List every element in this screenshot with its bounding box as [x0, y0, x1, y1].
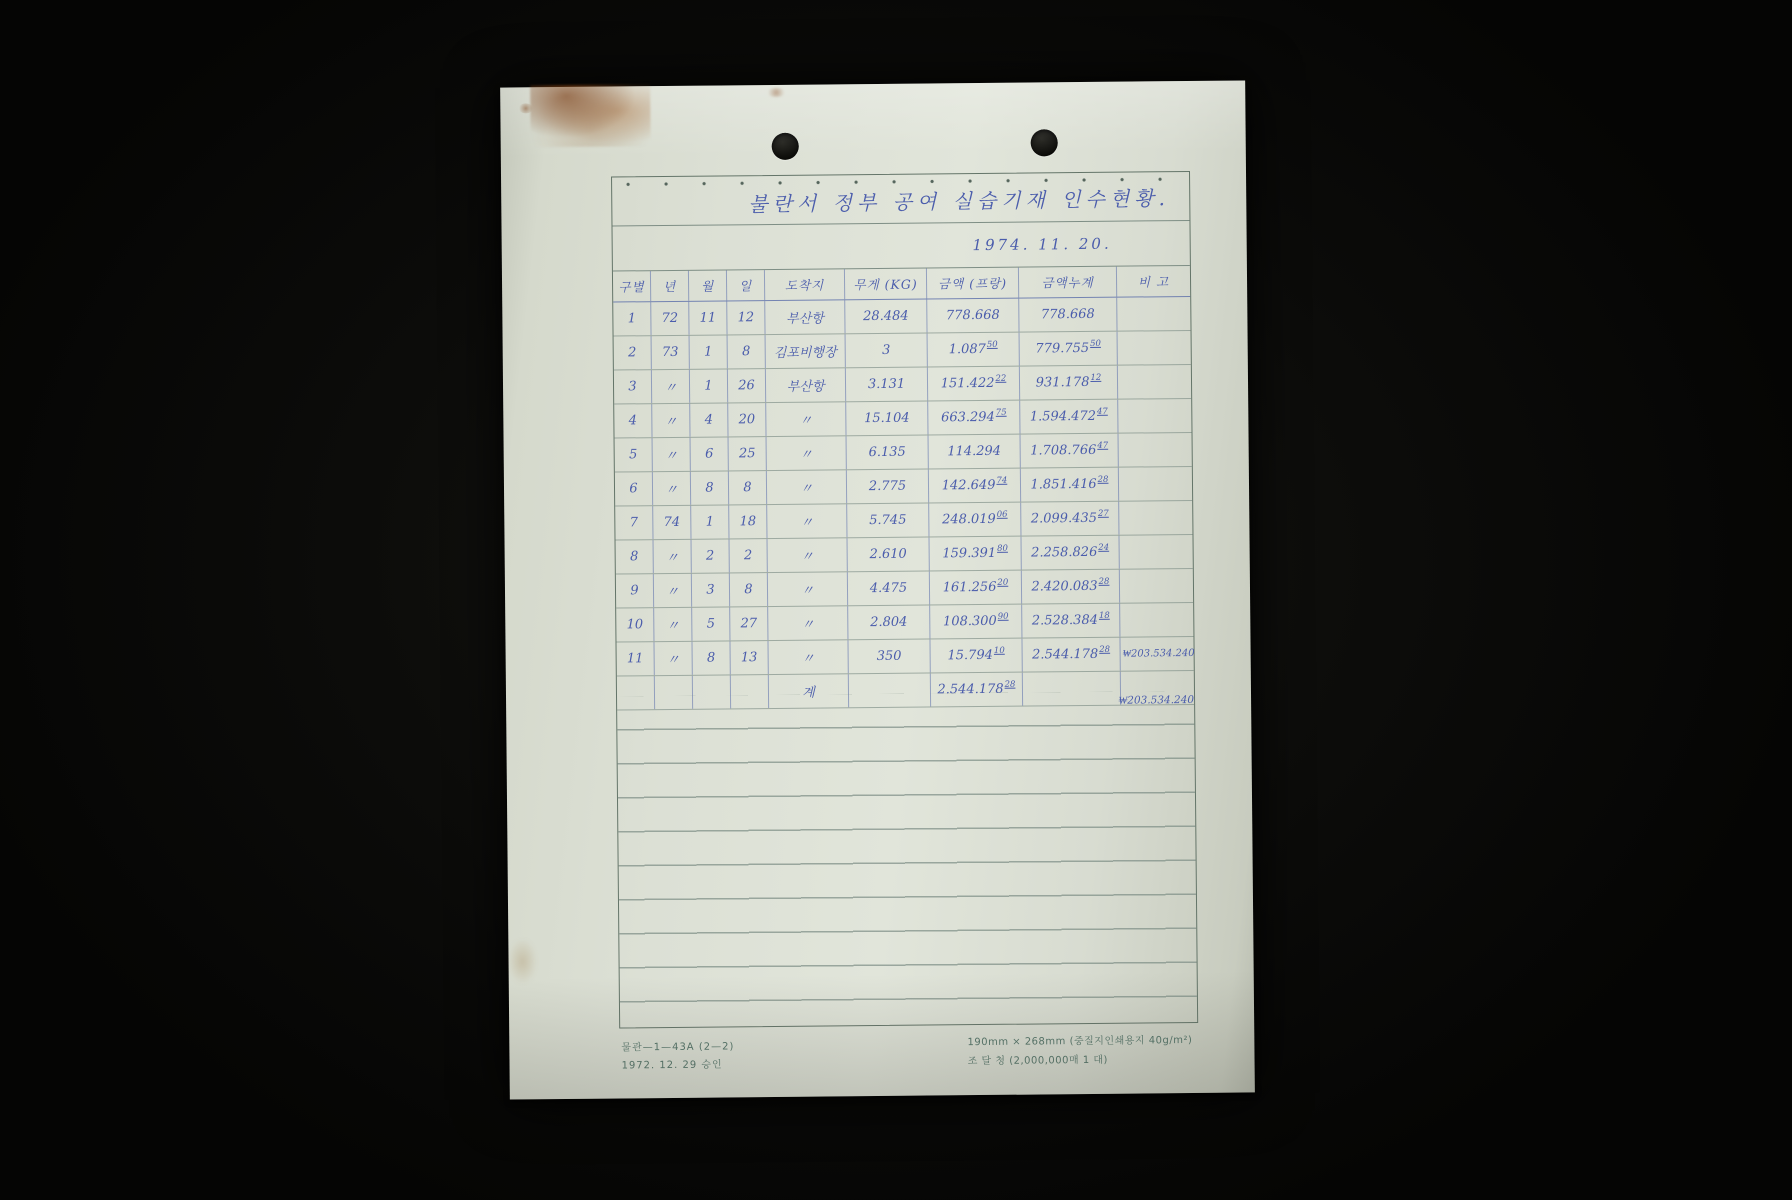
table-cell: 〃	[767, 470, 847, 504]
table-cell: 부산항	[765, 300, 845, 334]
table-cell: 1.851.41628	[1021, 468, 1119, 502]
header-cell: 일	[727, 270, 765, 300]
table-cell: 74	[653, 506, 691, 539]
table-cell: 8	[730, 573, 768, 606]
table-cell: 〃	[767, 504, 847, 538]
table-cell: 2.528.38418	[1022, 604, 1120, 638]
remark-cell	[1119, 535, 1192, 569]
table-cell: 12	[727, 301, 765, 334]
table-cell: 8	[616, 540, 654, 573]
title-band: 불란서 정부 공여 실습기재 인수현황.	[612, 172, 1189, 227]
table-row: 5〃625〃6.135114.2941.708.76647	[615, 433, 1192, 473]
table-cell: 〃	[652, 370, 690, 403]
document-paper: 불란서 정부 공여 실습기재 인수현황. 1974. 11. 20. 구별년월일…	[500, 80, 1255, 1099]
remark-cell	[1120, 603, 1193, 637]
procurement-info: 조 달 청 (2,000,000매 1 대)	[968, 1050, 1193, 1071]
table-cell: 8	[691, 471, 729, 504]
table-cell: 2.804	[848, 605, 930, 639]
table-cell: 〃	[652, 404, 690, 437]
table-cell: 72	[651, 302, 689, 335]
table-cell: 1	[613, 302, 651, 335]
document-date: 1974. 11. 20.	[972, 235, 1111, 254]
table-cell: 1	[690, 335, 728, 368]
table-cell: 15.79410	[930, 639, 1022, 673]
table-cell: 〃	[766, 402, 846, 436]
rust-stain-large	[530, 84, 651, 147]
table-cell: 3	[614, 370, 652, 403]
table-cell: 부산항	[766, 368, 846, 402]
table-cell: 1.08750	[928, 333, 1020, 367]
form-number: 물관—1—43A (2—2)	[621, 1038, 734, 1057]
rust-stain-small	[518, 103, 533, 113]
table-cell: 11	[689, 301, 727, 334]
header-cell: 구별	[613, 271, 651, 301]
approval-date: 1972. 12. 29 승인	[621, 1056, 734, 1075]
table-cell: 27	[730, 607, 768, 640]
table-cell: 〃	[654, 540, 692, 573]
table-cell: 2.420.08328	[1022, 570, 1120, 604]
header-cell: 년	[651, 271, 689, 301]
photo-background: 불란서 정부 공여 실습기재 인수현황. 1974. 11. 20. 구별년월일…	[0, 0, 1792, 1200]
bottom-left-stain	[508, 939, 536, 983]
table-cell: 8	[692, 641, 730, 674]
table-cell: 7	[615, 506, 653, 539]
table-cell: 〃	[768, 640, 848, 674]
table-cell: 1	[690, 369, 728, 402]
header-cell: 금액 (프랑)	[927, 268, 1019, 299]
paper-spec: 190mm × 268mm (중질지인쇄용지 40g/m²)	[967, 1031, 1192, 1052]
table-cell: 1.594.47247	[1020, 400, 1118, 434]
table-cell: 〃	[768, 606, 848, 640]
table-cell: 20	[728, 403, 766, 436]
table-cell: 151.42222	[928, 367, 1020, 401]
table-row: 11〃813〃35015.794102.544.17828₩203.534.24…	[616, 637, 1193, 677]
form-border: 불란서 정부 공여 실습기재 인수현황. 1974. 11. 20. 구별년월일…	[611, 171, 1198, 1029]
grand-total-won-note: ₩203.534.240	[1118, 694, 1194, 707]
table-cell: 350	[848, 639, 930, 673]
table-cell: 김포비행장	[766, 334, 846, 368]
header-cell: 비 고	[1117, 266, 1190, 297]
table-cell: 28.484	[845, 300, 927, 334]
top-center-stain	[766, 88, 786, 97]
table-cell: 4.475	[848, 571, 930, 605]
table-row: 774118〃5.745248.019062.099.43527	[615, 501, 1192, 541]
table-cell: 2	[614, 336, 652, 369]
table-row: 8〃22〃2.610159.391802.258.82624	[616, 535, 1193, 575]
header-cell: 도착지	[765, 269, 845, 300]
table-cell: 248.01906	[929, 503, 1021, 537]
table-cell: 931.17812	[1020, 366, 1118, 400]
table-cell: 778.668	[927, 299, 1019, 333]
table-cell: 2	[730, 539, 768, 572]
table-cell: 779.75550	[1020, 332, 1118, 366]
header-cell: 금액누계	[1019, 267, 1117, 298]
header-cell: 월	[689, 270, 727, 300]
table-cell: 13	[730, 641, 768, 674]
table-cell: 8	[728, 335, 766, 368]
table-cell: 6	[615, 472, 653, 505]
table-cell: 1	[691, 505, 729, 538]
table-cell: 〃	[767, 436, 847, 470]
table-cell: 11	[616, 642, 654, 675]
punch-hole-left	[772, 133, 799, 160]
table-cell: 〃	[654, 642, 692, 675]
table-cell: 15.104	[846, 402, 928, 436]
table-cell: 3	[846, 334, 928, 368]
table-cell: 663.29475	[928, 401, 1020, 435]
table-cell: 3	[692, 573, 730, 606]
table-cell: 2.544.17828	[1022, 638, 1120, 672]
table-cell: 〃	[653, 438, 691, 471]
remark-cell: ₩203.534.240	[1120, 637, 1193, 671]
table-cell: 2.775	[847, 470, 929, 504]
table-row: 6〃88〃2.775142.649741.851.41628	[615, 467, 1192, 507]
table-cell: 114.294	[929, 435, 1021, 469]
table-cell: 〃	[768, 538, 848, 572]
table-cell: 142.64974	[929, 469, 1021, 503]
remark-cell	[1120, 569, 1193, 603]
table-cell: 〃	[654, 608, 692, 641]
table-cell: 9	[616, 574, 654, 607]
remark-cell	[1118, 331, 1191, 365]
table-cell: 2	[692, 539, 730, 572]
table-cell: 73	[652, 336, 690, 369]
table-row: 3〃126부산항3.131151.42222931.17812	[614, 365, 1191, 405]
remark-cell	[1118, 399, 1191, 433]
table-cell: 18	[729, 505, 767, 538]
document-title: 불란서 정부 공여 실습기재 인수현황.	[748, 182, 1170, 217]
table-cell: 159.39180	[929, 537, 1021, 571]
ruled-lines	[617, 691, 1197, 1028]
table-cell: 3.131	[846, 368, 928, 402]
table-cell: 〃	[653, 472, 691, 505]
form-footer-left: 물관—1—43A (2—2) 1972. 12. 29 승인	[621, 1038, 734, 1075]
remark-cell	[1119, 501, 1192, 535]
form-footer-right: 190mm × 268mm (중질지인쇄용지 40g/m²) 조 달 청 (2,…	[967, 1031, 1192, 1071]
remark-cell	[1119, 467, 1192, 501]
remark-cell	[1118, 365, 1191, 399]
table-cell: 778.668	[1019, 298, 1117, 332]
table-row: 4〃420〃15.104663.294751.594.47247	[614, 399, 1191, 439]
table-cell: 〃	[768, 572, 848, 606]
table-row: 10〃527〃2.804108.300902.528.38418	[616, 603, 1193, 643]
table-cell: 26	[728, 369, 766, 402]
punch-hole-right	[1031, 129, 1058, 156]
remark-cell	[1117, 297, 1190, 331]
table-cell: 161.25620	[930, 571, 1022, 605]
table-cell: 25	[729, 437, 767, 470]
table-cell: 2.610	[848, 537, 930, 571]
table-cell: 5	[615, 438, 653, 471]
table-row: 9〃38〃4.475161.256202.420.08328	[616, 569, 1193, 609]
header-cell: 무게 (KG)	[845, 269, 927, 300]
remark-cell	[1119, 433, 1192, 467]
table-cell: 10	[616, 608, 654, 641]
table-cell: 4	[614, 404, 652, 437]
table-cell: 108.30090	[930, 605, 1022, 639]
table-row: 1721112부산항28.484778.668778.668	[613, 297, 1190, 337]
table-cell: 2.258.82624	[1021, 536, 1119, 570]
table-cell: 4	[690, 403, 728, 436]
table-cell: 5.745	[847, 504, 929, 538]
table-cell: 8	[729, 471, 767, 504]
table-cell: 1.708.76647	[1021, 434, 1119, 468]
receipts-table: 구별년월일도착지무게 (KG)금액 (프랑)금액누계비 고1721112부산항2…	[613, 265, 1194, 711]
table-cell: 5	[692, 607, 730, 640]
table-cell: 2.099.43527	[1021, 502, 1119, 536]
table-row: 27318김포비행장31.08750779.75550	[614, 331, 1191, 371]
table-cell: 6	[691, 437, 729, 470]
table-cell: 〃	[654, 574, 692, 607]
table-cell: 6.135	[847, 436, 929, 470]
